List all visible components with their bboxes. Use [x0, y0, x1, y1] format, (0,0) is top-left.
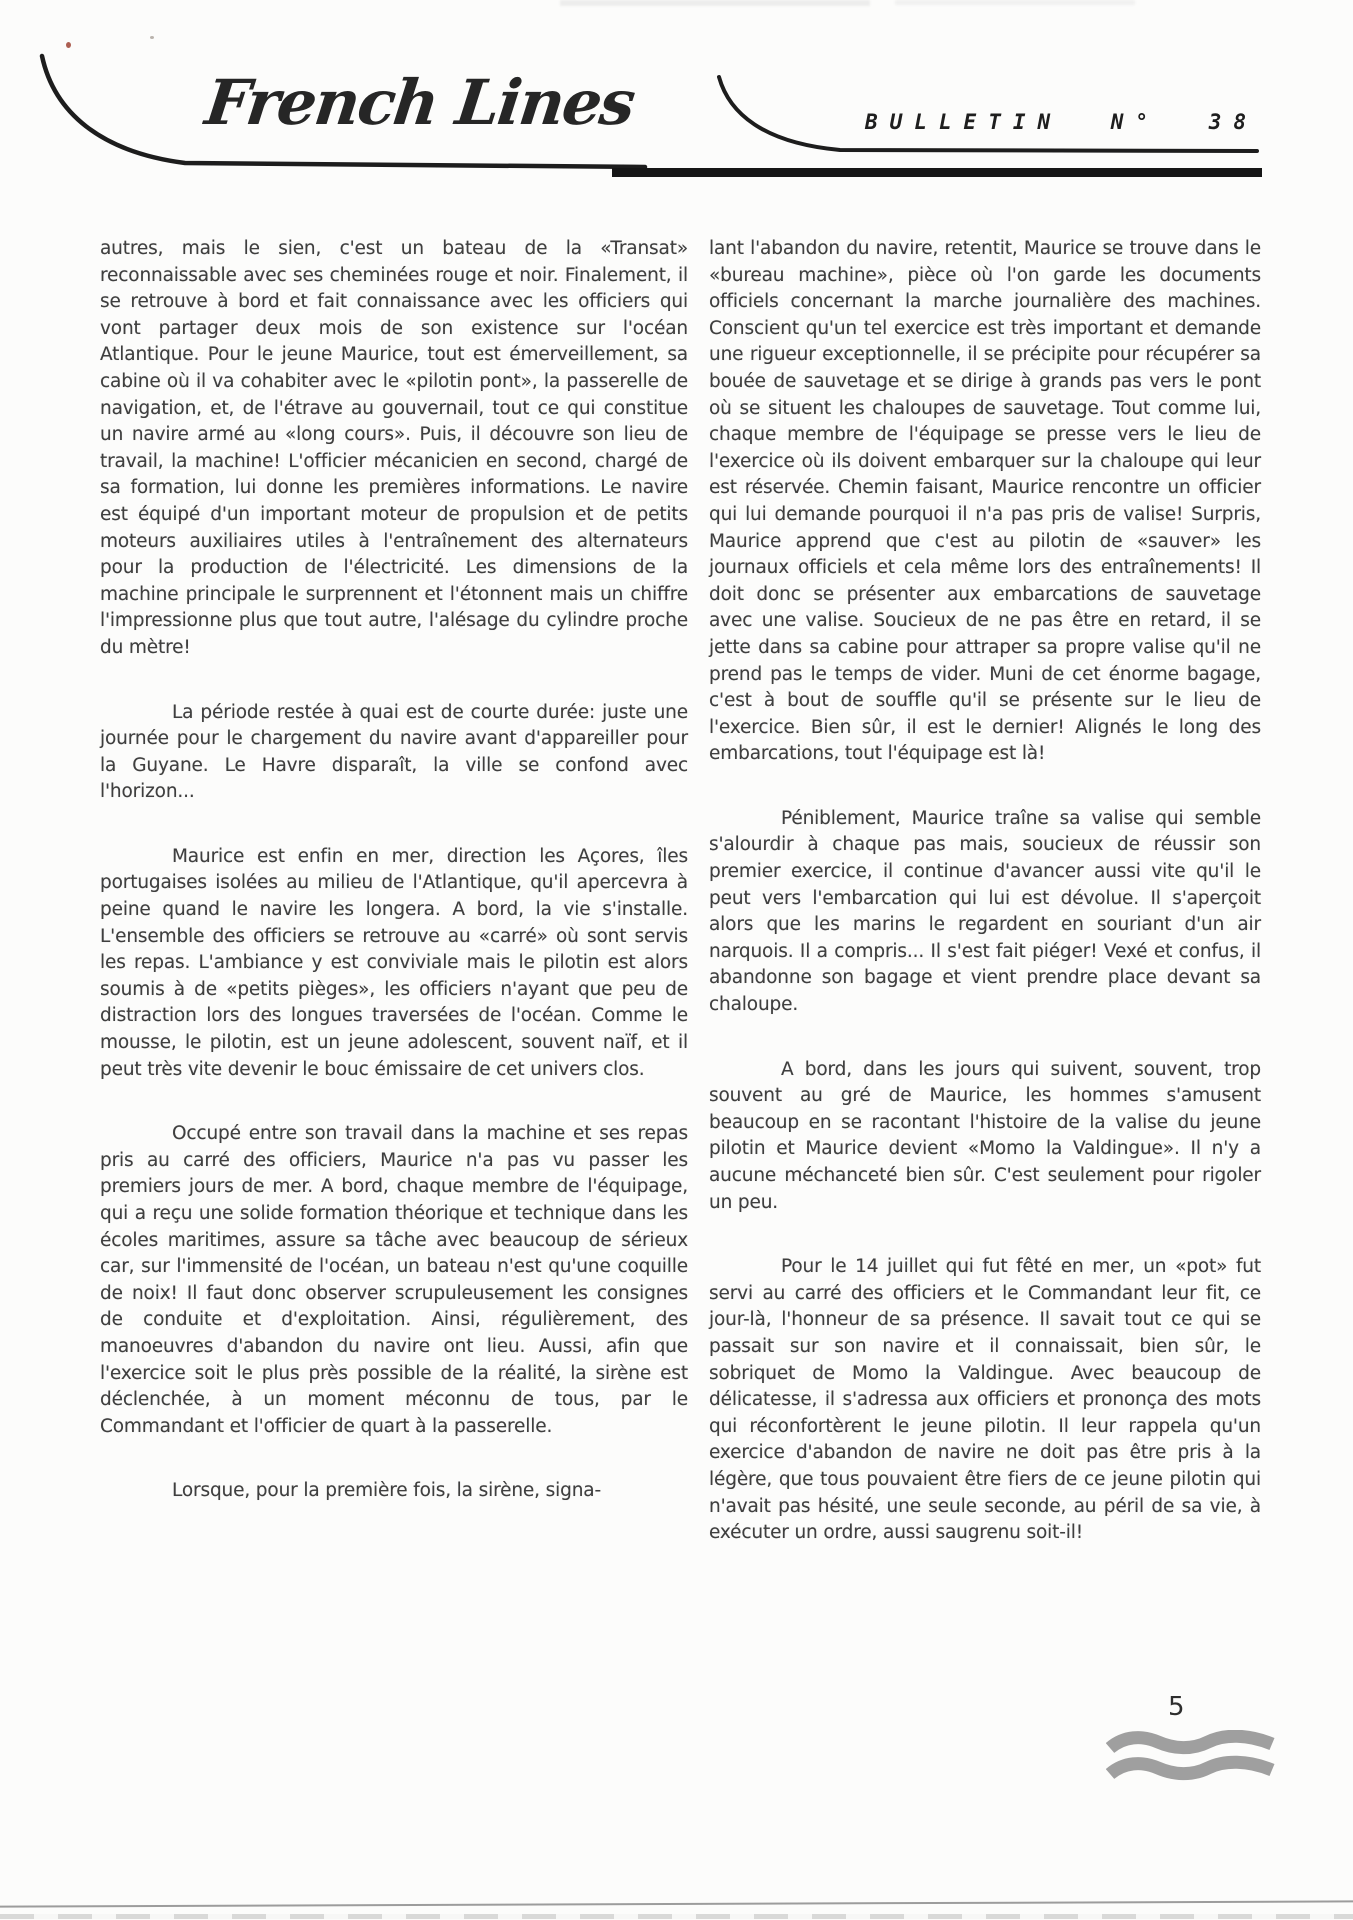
paragraph: Occupé entre son travail dans la machine… [100, 1121, 688, 1440]
swoosh-lines-icon [0, 0, 1353, 210]
waves-icon [1106, 1730, 1278, 1792]
left-column: autres, mais le sien, c'est un bateau de… [100, 236, 688, 1505]
paragraph: Pour le 14 juillet qui fut fêté en mer, … [709, 1254, 1261, 1547]
paragraph: La période restée à quai est de courte d… [100, 700, 688, 806]
paragraph: autres, mais le sien, c'est un bateau de… [100, 236, 688, 662]
scanned-page: { "header": { "logo_text": "French Lines… [0, 0, 1353, 1920]
french-lines-logo: French Lines [202, 66, 638, 139]
paragraph: Péniblement, Maurice traîne sa valise qu… [709, 806, 1261, 1019]
page-number: 5 [1168, 1692, 1185, 1722]
paragraph: Lorsque, pour la première fois, la sirèn… [100, 1478, 688, 1505]
right-column: lant l'abandon du navire, retentit, Maur… [709, 236, 1261, 1547]
scan-edge-bottom [0, 1914, 1353, 1919]
header-thick-bar [612, 168, 1262, 177]
paragraph: lant l'abandon du navire, retentit, Maur… [709, 236, 1261, 768]
bulletin-number-label: BULLETIN N° 38 [865, 110, 1258, 134]
paragraph: Maurice est enfin en mer, direction les … [100, 844, 688, 1083]
bottom-rule [0, 1900, 1353, 1907]
paragraph: A bord, dans les jours qui suivent, souv… [709, 1057, 1261, 1217]
